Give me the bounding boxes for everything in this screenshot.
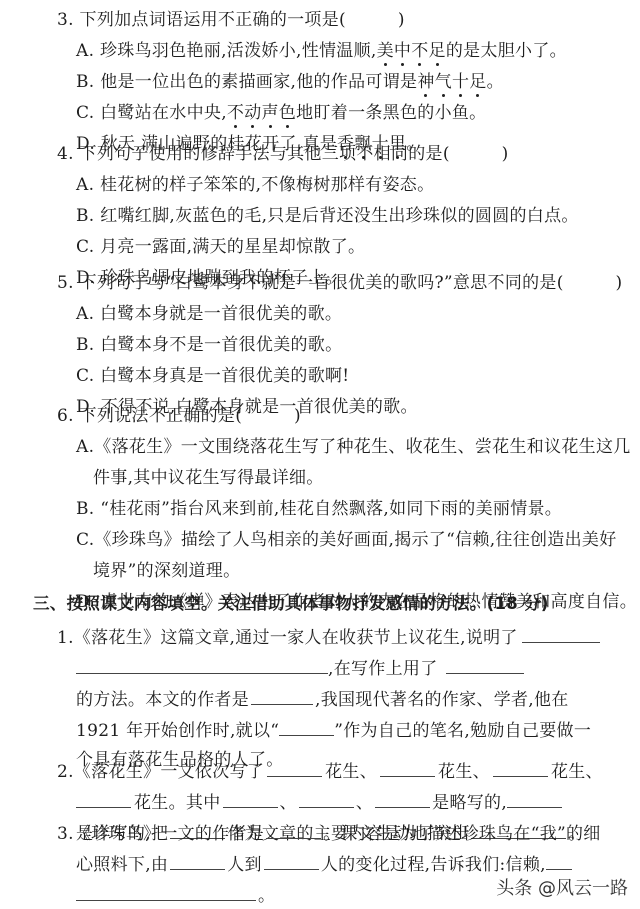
answer-blank[interactable] [493, 760, 548, 777]
text: 的是太胆小了。 [446, 41, 567, 61]
q3-option-b: B. 他是一位出色的素描画家,他的作品可谓是神气十足。 [76, 72, 504, 92]
q5-option-c: C. 白鹭本身真是一首很优美的歌啊! [76, 366, 349, 386]
text: 花生、 [438, 762, 490, 782]
emphasis-char: 足 [469, 72, 486, 92]
emphasis-char: 色 [279, 103, 296, 123]
text: 人到 [227, 855, 262, 875]
fill-1-line-3: 的方法。本文的作者是,我国现代著名的作家、学者,他在 [76, 688, 569, 710]
emphasis-char: 神 [417, 72, 434, 92]
answer-blank[interactable] [446, 657, 524, 674]
q5-option-a: A. 白鹭本身就是一首很优美的歌。 [76, 304, 342, 324]
text: 花生。 [134, 793, 186, 813]
text: 。 [487, 72, 504, 92]
text: 心照料下,由 [76, 855, 168, 875]
answer-blank[interactable] [223, 791, 278, 808]
text: 3.《珍珠鸟》一文的作者是 [57, 824, 264, 844]
text: 地盯着一条黑色的小鱼。 [296, 103, 486, 123]
answer-blank[interactable] [522, 626, 600, 643]
question-6-stem: 6. 下列说法不正确的是( ) [57, 406, 301, 426]
emphasis-char: 不 [411, 41, 428, 61]
text: 1.《落花生》这篇文章,通过一家人在收获节上议花生,说明了 [57, 628, 518, 648]
emphasis-char: 动 [244, 103, 261, 123]
q4-option-a: A. 桂花树的样子笨笨的,不像梅树那样有姿态。 [76, 175, 434, 195]
q6-option-a-cont: 件事,其中议花生写得最详细。 [93, 468, 324, 488]
q5-option-b: B. 白鹭本身不是一首很优美的歌。 [76, 335, 342, 355]
text: ”作为自己的笔名,勉励自己要做一 [334, 721, 591, 741]
answer-blank[interactable] [170, 853, 225, 870]
emphasis-char: 气 [435, 72, 452, 92]
text: 、 [356, 793, 373, 813]
text: 、 [280, 793, 297, 813]
q6-option-b: B. “桂花雨”指台风来到前,桂花自然飘落,如同下雨的美丽情景。 [76, 499, 562, 519]
text: 是略写的, [432, 793, 507, 813]
answer-blank[interactable] [375, 791, 430, 808]
question-5-stem: 5. 下列句子与“白鹭本身不就是一首很优美的歌吗?”意思不同的是( ) [57, 273, 622, 293]
answer-blank[interactable] [76, 657, 328, 674]
q3-option-a: A. 珍珠鸟羽色艳丽,活泼娇小,性情温顺,美中不足的是太胆小了。 [76, 41, 567, 61]
q6-option-c: C.《珍珠鸟》描绘了人鸟相亲的美好画面,揭示了“信赖,往往创造出美好 [76, 530, 617, 550]
text: 。课文生动地描述珍珠鸟在“我”的细 [323, 824, 600, 844]
text: 的方法。本文的作者是 [76, 690, 249, 710]
fill-3-line-3: 。 [76, 884, 275, 906]
answer-blank[interactable] [267, 760, 322, 777]
emphasis-char: 中 [394, 41, 411, 61]
answer-blank[interactable] [380, 760, 435, 777]
answer-blank[interactable] [546, 853, 572, 870]
text: 花生、 [551, 762, 603, 782]
fill-1-line-1: 1.《落花生》这篇文章,通过一家人在收获节上议花生,说明了 [57, 626, 600, 648]
text: ,在写作上用了 [328, 659, 438, 679]
text: 其中 [186, 793, 221, 813]
answer-blank[interactable] [76, 791, 131, 808]
text: 花生、 [325, 762, 377, 782]
fill-3-line-2: 心照料下,由人到人的变化过程,告诉我们:信赖, [76, 853, 572, 875]
answer-blank[interactable] [264, 853, 319, 870]
q4-option-c: C. 月亮一露面,满天的星星却惊散了。 [76, 237, 365, 257]
text: ,我国现代著名的作家、学者,他在 [315, 690, 569, 710]
q6-option-a: A.《落花生》一文围绕落花生写了种花生、收花生、尝花生和议花生这几 [76, 437, 631, 457]
answer-blank[interactable] [507, 791, 562, 808]
emphasis-char: 足 [429, 41, 446, 61]
question-3-stem: 3. 下列加点词语运用不正确的一项是( ) [57, 10, 405, 30]
emphasis-char: 不 [227, 103, 244, 123]
text: C. 白鹭站在水中央, [76, 103, 227, 123]
q3-option-c: C. 白鹭站在水中央,不动声色地盯着一条黑色的小鱼。 [76, 103, 486, 123]
fill-1-line-2: ,在写作上用了 [76, 657, 524, 679]
answer-blank[interactable] [76, 884, 256, 901]
text: A. 珍珠鸟羽色艳丽,活泼娇小,性情温顺, [76, 41, 377, 61]
text: 1921 年开始创作时,就以“ [76, 721, 279, 741]
emphasis-char: 美 [377, 41, 394, 61]
fill-2-line-2: 花生。其中、、是略写的, [76, 791, 562, 813]
q6-option-c-cont: 境界”的深刻道理。 [93, 561, 240, 581]
emphasis-char: 十 [452, 72, 469, 92]
text: B. 他是一位出色的素描画家,他的作品可谓是 [76, 72, 417, 92]
text: 2.《落花生》一文依次写了 [57, 762, 264, 782]
question-4-stem: 4. 下列句子使用的修辞手法与其他三项不相同的是( ) [57, 144, 509, 164]
section-3-title: 三、按照课文内容填空。关注借助具体事物抒发感情的方法。(18 分) [33, 594, 549, 614]
answer-blank[interactable] [279, 719, 334, 736]
fill-2-line-1: 2.《落花生》一文依次写了花生、花生、花生、 [57, 760, 603, 782]
text: 人的变化过程,告诉我们:信赖, [321, 855, 546, 875]
q4-option-b: B. 红嘴红脚,灰蓝色的毛,只是后背还没生出珍珠似的圆圆的白点。 [76, 206, 579, 226]
watermark: 头条 @风云一路 [496, 874, 628, 900]
answer-blank[interactable] [251, 688, 313, 705]
text: 。 [258, 886, 275, 906]
answer-blank[interactable] [299, 791, 354, 808]
fill-1-line-4: 1921 年开始创作时,就以“”作为自己的笔名,勉励自己要做一 [76, 719, 591, 741]
emphasis-char: 声 [262, 103, 279, 123]
fill-3-line-1: 3.《珍珠鸟》一文的作者是。课文生动地描述珍珠鸟在“我”的细 [57, 822, 601, 844]
answer-blank[interactable] [266, 822, 321, 839]
